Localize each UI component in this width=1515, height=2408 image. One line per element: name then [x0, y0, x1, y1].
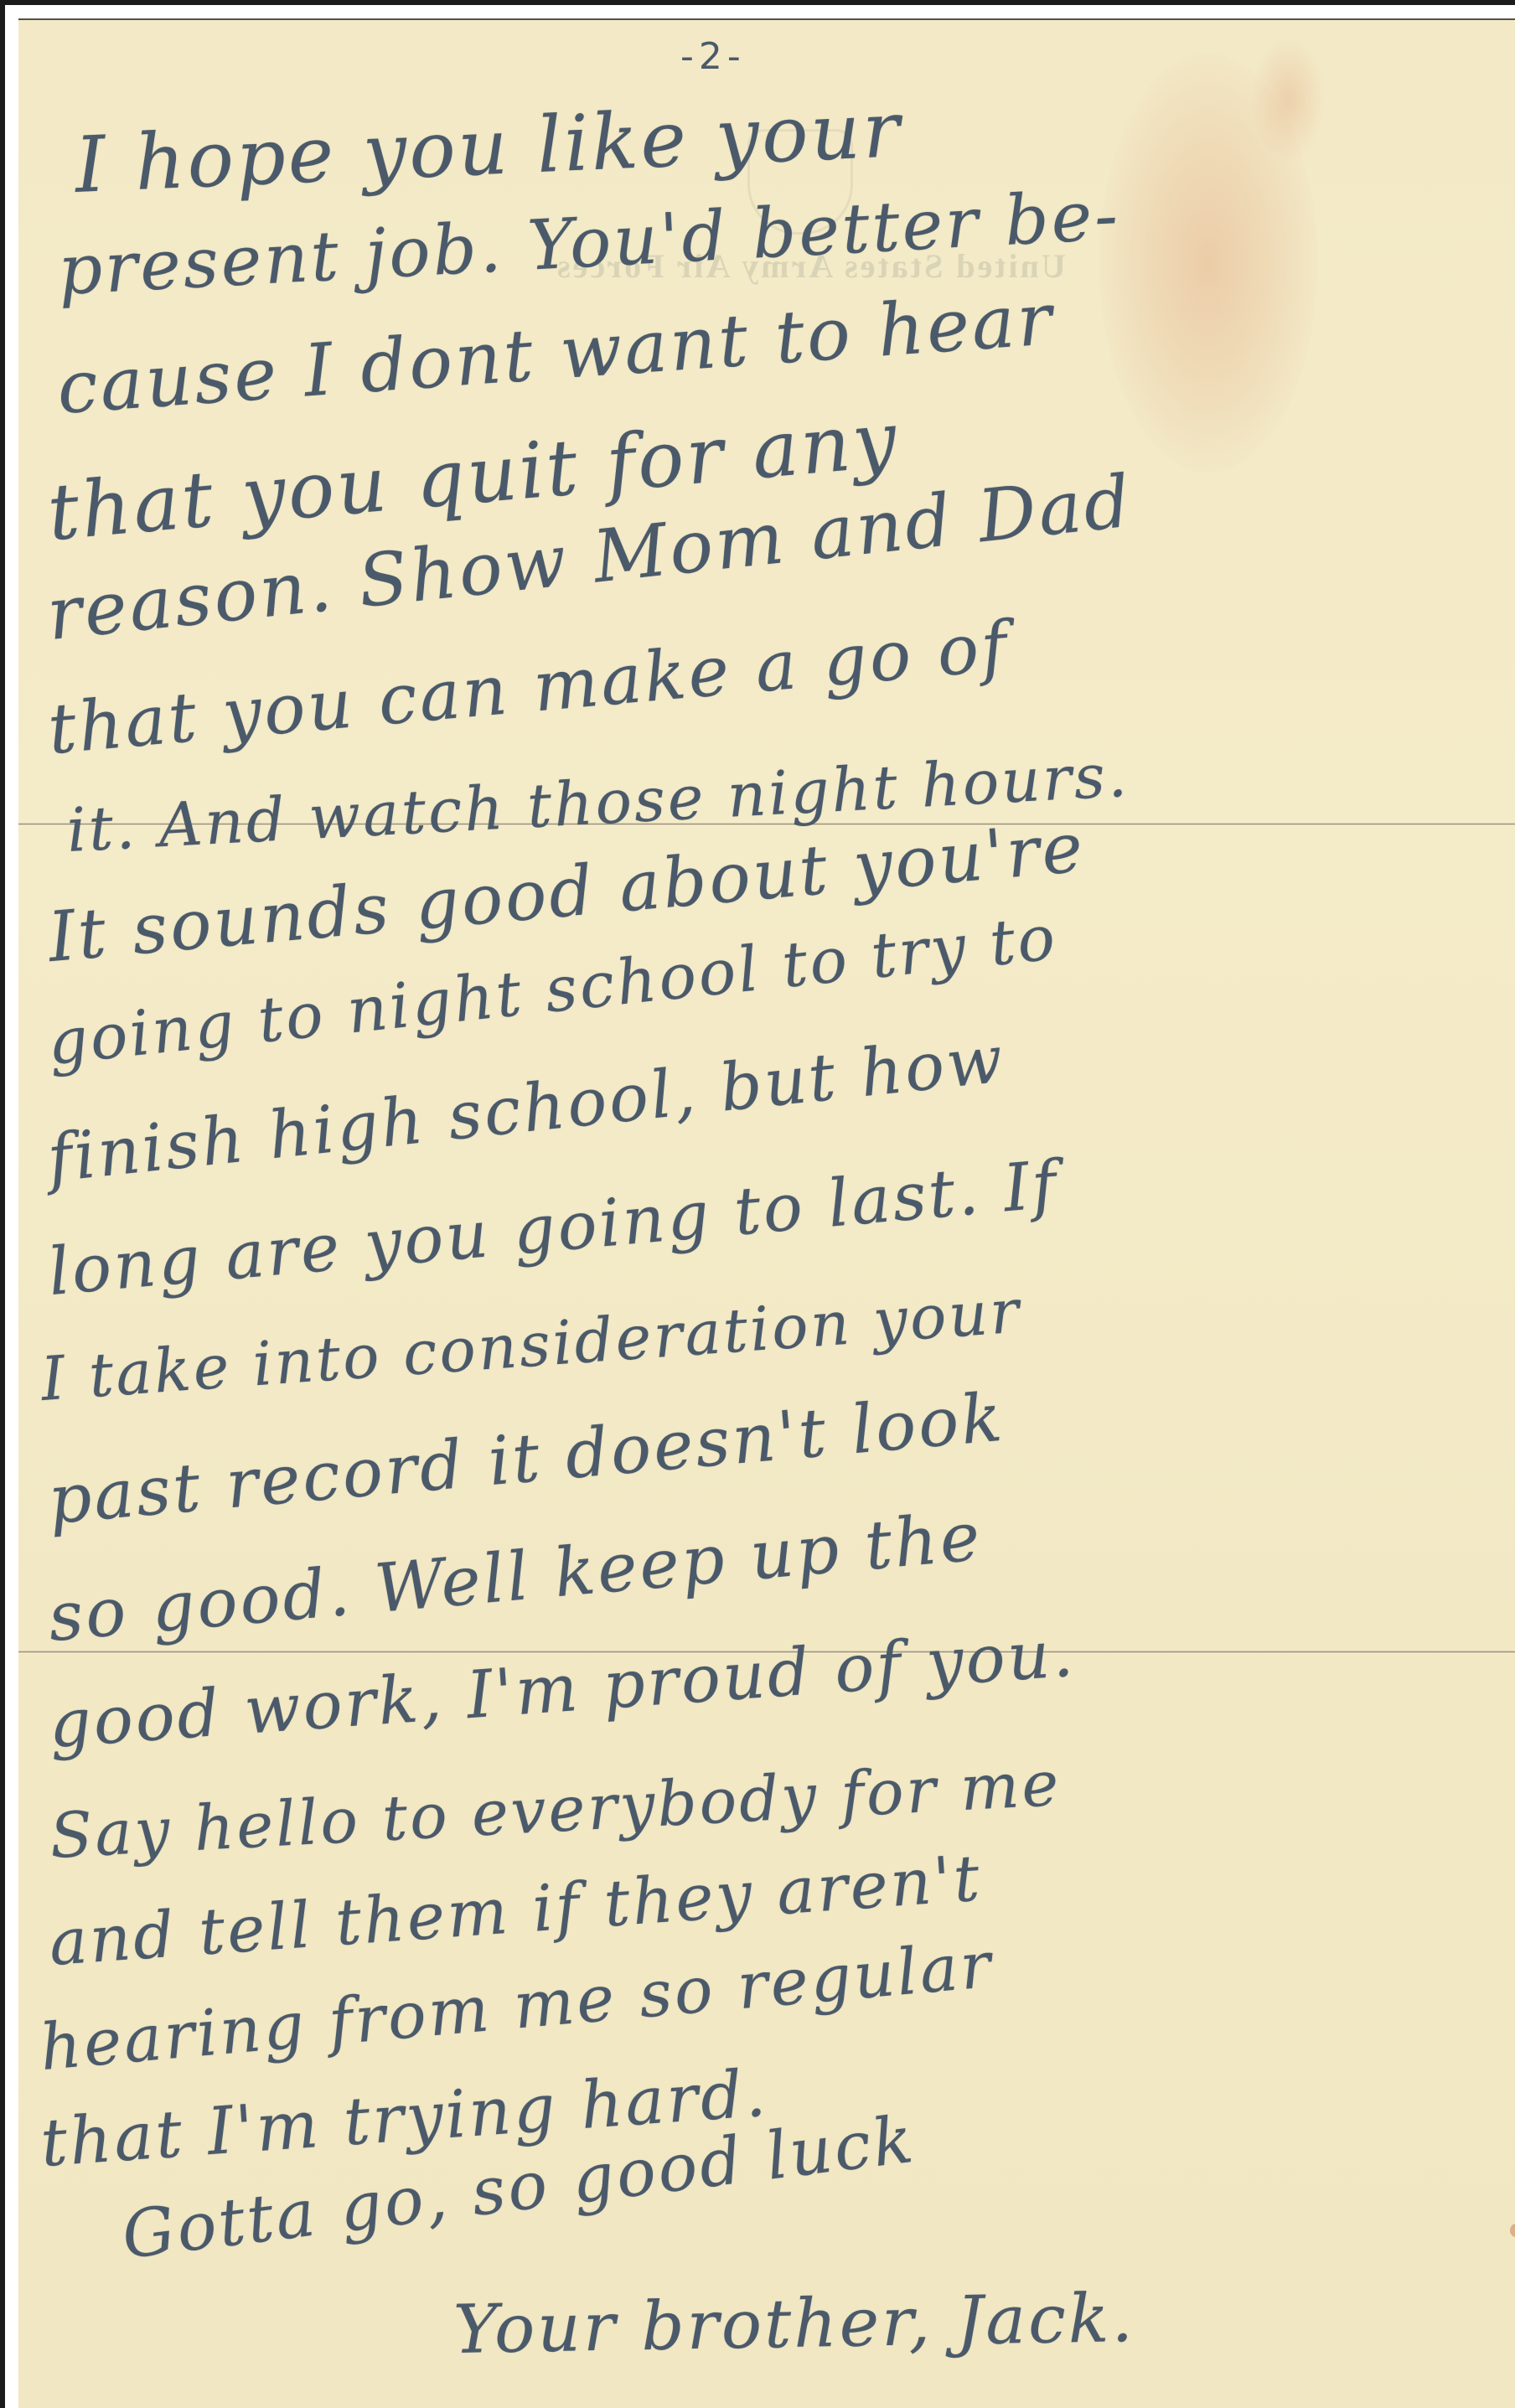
letter-page: United States Army Air Forces -2- I hope… — [18, 18, 1515, 2408]
signature: Your brother, Jack. — [452, 2279, 1135, 2369]
ink-spot — [1510, 2224, 1515, 2237]
water-stain — [1099, 54, 1317, 473]
page-number: -2- — [680, 35, 746, 78]
water-stain-small — [1250, 37, 1326, 163]
